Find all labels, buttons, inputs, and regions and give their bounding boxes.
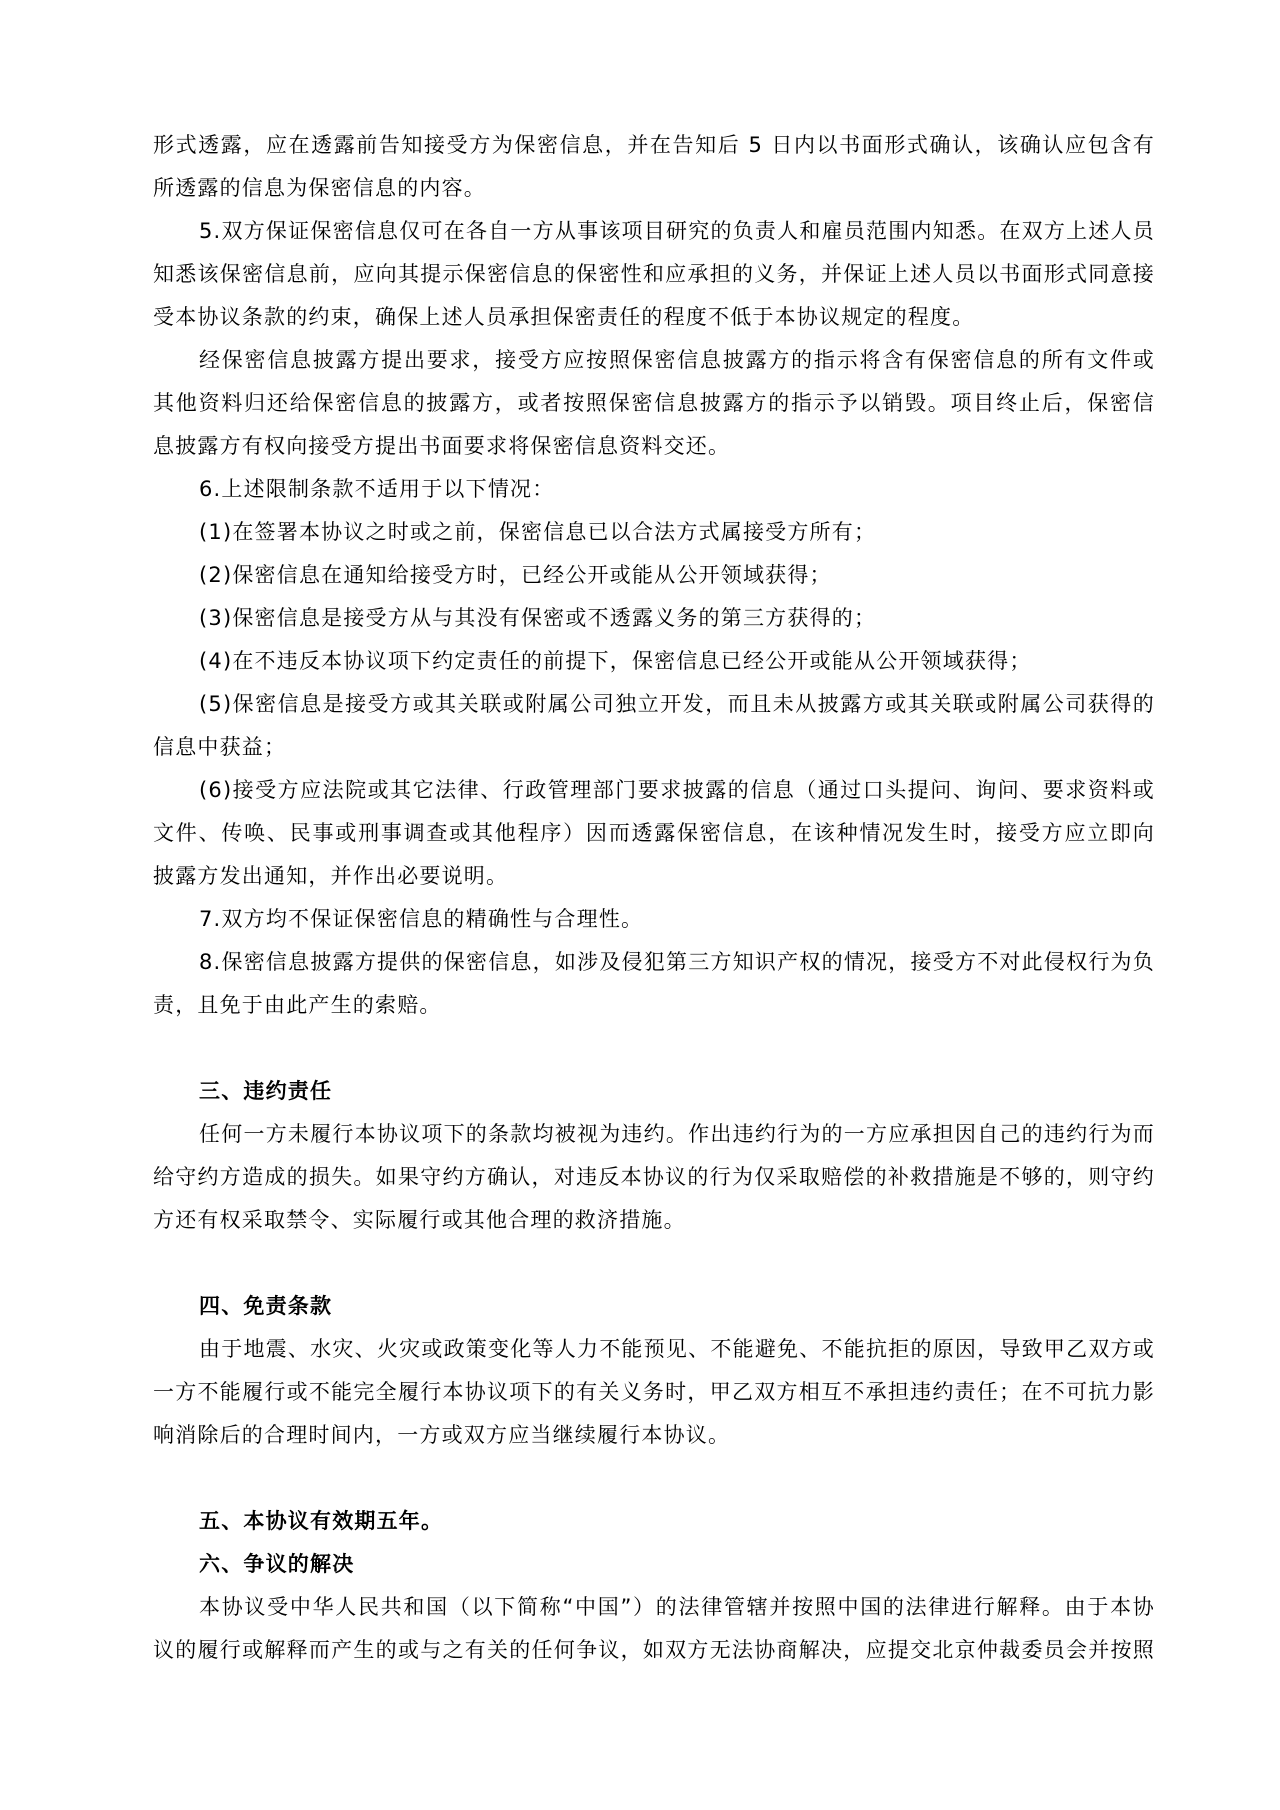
text-line: 给守约方造成的损失。如果守约方确认，对违反本协议的行为仅采取赔偿的补救措施是不够… xyxy=(153,1156,1155,1199)
text-line: 其他资料归还给保密信息的披露方，或者按照保密信息披露方的指示予以销毁。项目终止后… xyxy=(153,382,1155,425)
text-line: 议的履行或解释而产生的或与之有关的任何争议，如双方无法协商解决，应提交北京仲裁委… xyxy=(153,1629,1155,1672)
section-heading: 三、违约责任 xyxy=(153,1070,1155,1113)
text-line: 响消除后的合理时间内，一方或双方应当继续履行本协议。 xyxy=(153,1414,1155,1457)
text-line: 披露方发出通知，并作出必要说明。 xyxy=(153,855,1155,898)
section-heading: 六、争议的解决 xyxy=(153,1543,1155,1586)
text-line: 本协议受中华人民共和国（以下简称“中国”）的法律管辖并按照中国的法律进行解释。由… xyxy=(153,1586,1155,1629)
text-line: (4)在不违反本协议项下约定责任的前提下，保密信息已经公开或能从公开领域获得； xyxy=(153,640,1155,683)
section-heading: 四、免责条款 xyxy=(153,1285,1155,1328)
text-line: 方还有权采取禁令、实际履行或其他合理的救济措施。 xyxy=(153,1199,1155,1242)
text-line: 8.保密信息披露方提供的保密信息，如涉及侵犯第三方知识产权的情况，接受方不对此侵… xyxy=(153,941,1155,984)
text-line: 文件、传唤、民事或刑事调查或其他程序）因而透露保密信息，在该种情况发生时，接受方… xyxy=(153,812,1155,855)
text-line: (5)保密信息是接受方或其关联或附属公司独立开发，而且未从披露方或其关联或附属公… xyxy=(153,683,1155,726)
text-line: 任何一方未履行本协议项下的条款均被视为违约。作出违约行为的一方应承担因自己的违约… xyxy=(153,1113,1155,1156)
text-line: 所透露的信息为保密信息的内容。 xyxy=(153,167,1155,210)
text-line: (1)在签署本协议之时或之前，保密信息已以合法方式属接受方所有； xyxy=(153,511,1155,554)
document-page: 形式透露，应在透露前告知接受方为保密信息，并在告知后 5 日内以书面形式确认，该… xyxy=(0,0,1280,1810)
text-line: 息披露方有权向接受方提出书面要求将保密信息资料交还。 xyxy=(153,425,1155,468)
text-line: 由于地震、水灾、火灾或政策变化等人力不能预见、不能避免、不能抗拒的原因，导致甲乙… xyxy=(153,1328,1155,1371)
text-line: (2)保密信息在通知给接受方时，已经公开或能从公开领域获得； xyxy=(153,554,1155,597)
text-line: 经保密信息披露方提出要求，接受方应按照保密信息披露方的指示将含有保密信息的所有文… xyxy=(153,339,1155,382)
text-line: 7.双方均不保证保密信息的精确性与合理性。 xyxy=(153,898,1155,941)
text-line: (3)保密信息是接受方从与其没有保密或不透露义务的第三方获得的； xyxy=(153,597,1155,640)
text-line: 受本协议条款的约束，确保上述人员承担保密责任的程度不低于本协议规定的程度。 xyxy=(153,296,1155,339)
text-line: 6.上述限制条款不适用于以下情况： xyxy=(153,468,1155,511)
text-line: 形式透露，应在透露前告知接受方为保密信息，并在告知后 5 日内以书面形式确认，该… xyxy=(153,124,1155,167)
text-line: (6)接受方应法院或其它法律、行政管理部门要求披露的信息（通过口头提问、询问、要… xyxy=(153,769,1155,812)
section-heading: 五、本协议有效期五年。 xyxy=(153,1500,1155,1543)
text-line: 责，且免于由此产生的索赔。 xyxy=(153,984,1155,1027)
document-body: 形式透露，应在透露前告知接受方为保密信息，并在告知后 5 日内以书面形式确认，该… xyxy=(153,124,1155,1672)
text-line: 一方不能履行或不能完全履行本协议项下的有关义务时，甲乙双方相互不承担违约责任；在… xyxy=(153,1371,1155,1414)
text-line: 知悉该保密信息前，应向其提示保密信息的保密性和应承担的义务，并保证上述人员以书面… xyxy=(153,253,1155,296)
text-line: 信息中获益； xyxy=(153,726,1155,769)
text-line: 5.双方保证保密信息仅可在各自一方从事该项目研究的负责人和雇员范围内知悉。在双方… xyxy=(153,210,1155,253)
